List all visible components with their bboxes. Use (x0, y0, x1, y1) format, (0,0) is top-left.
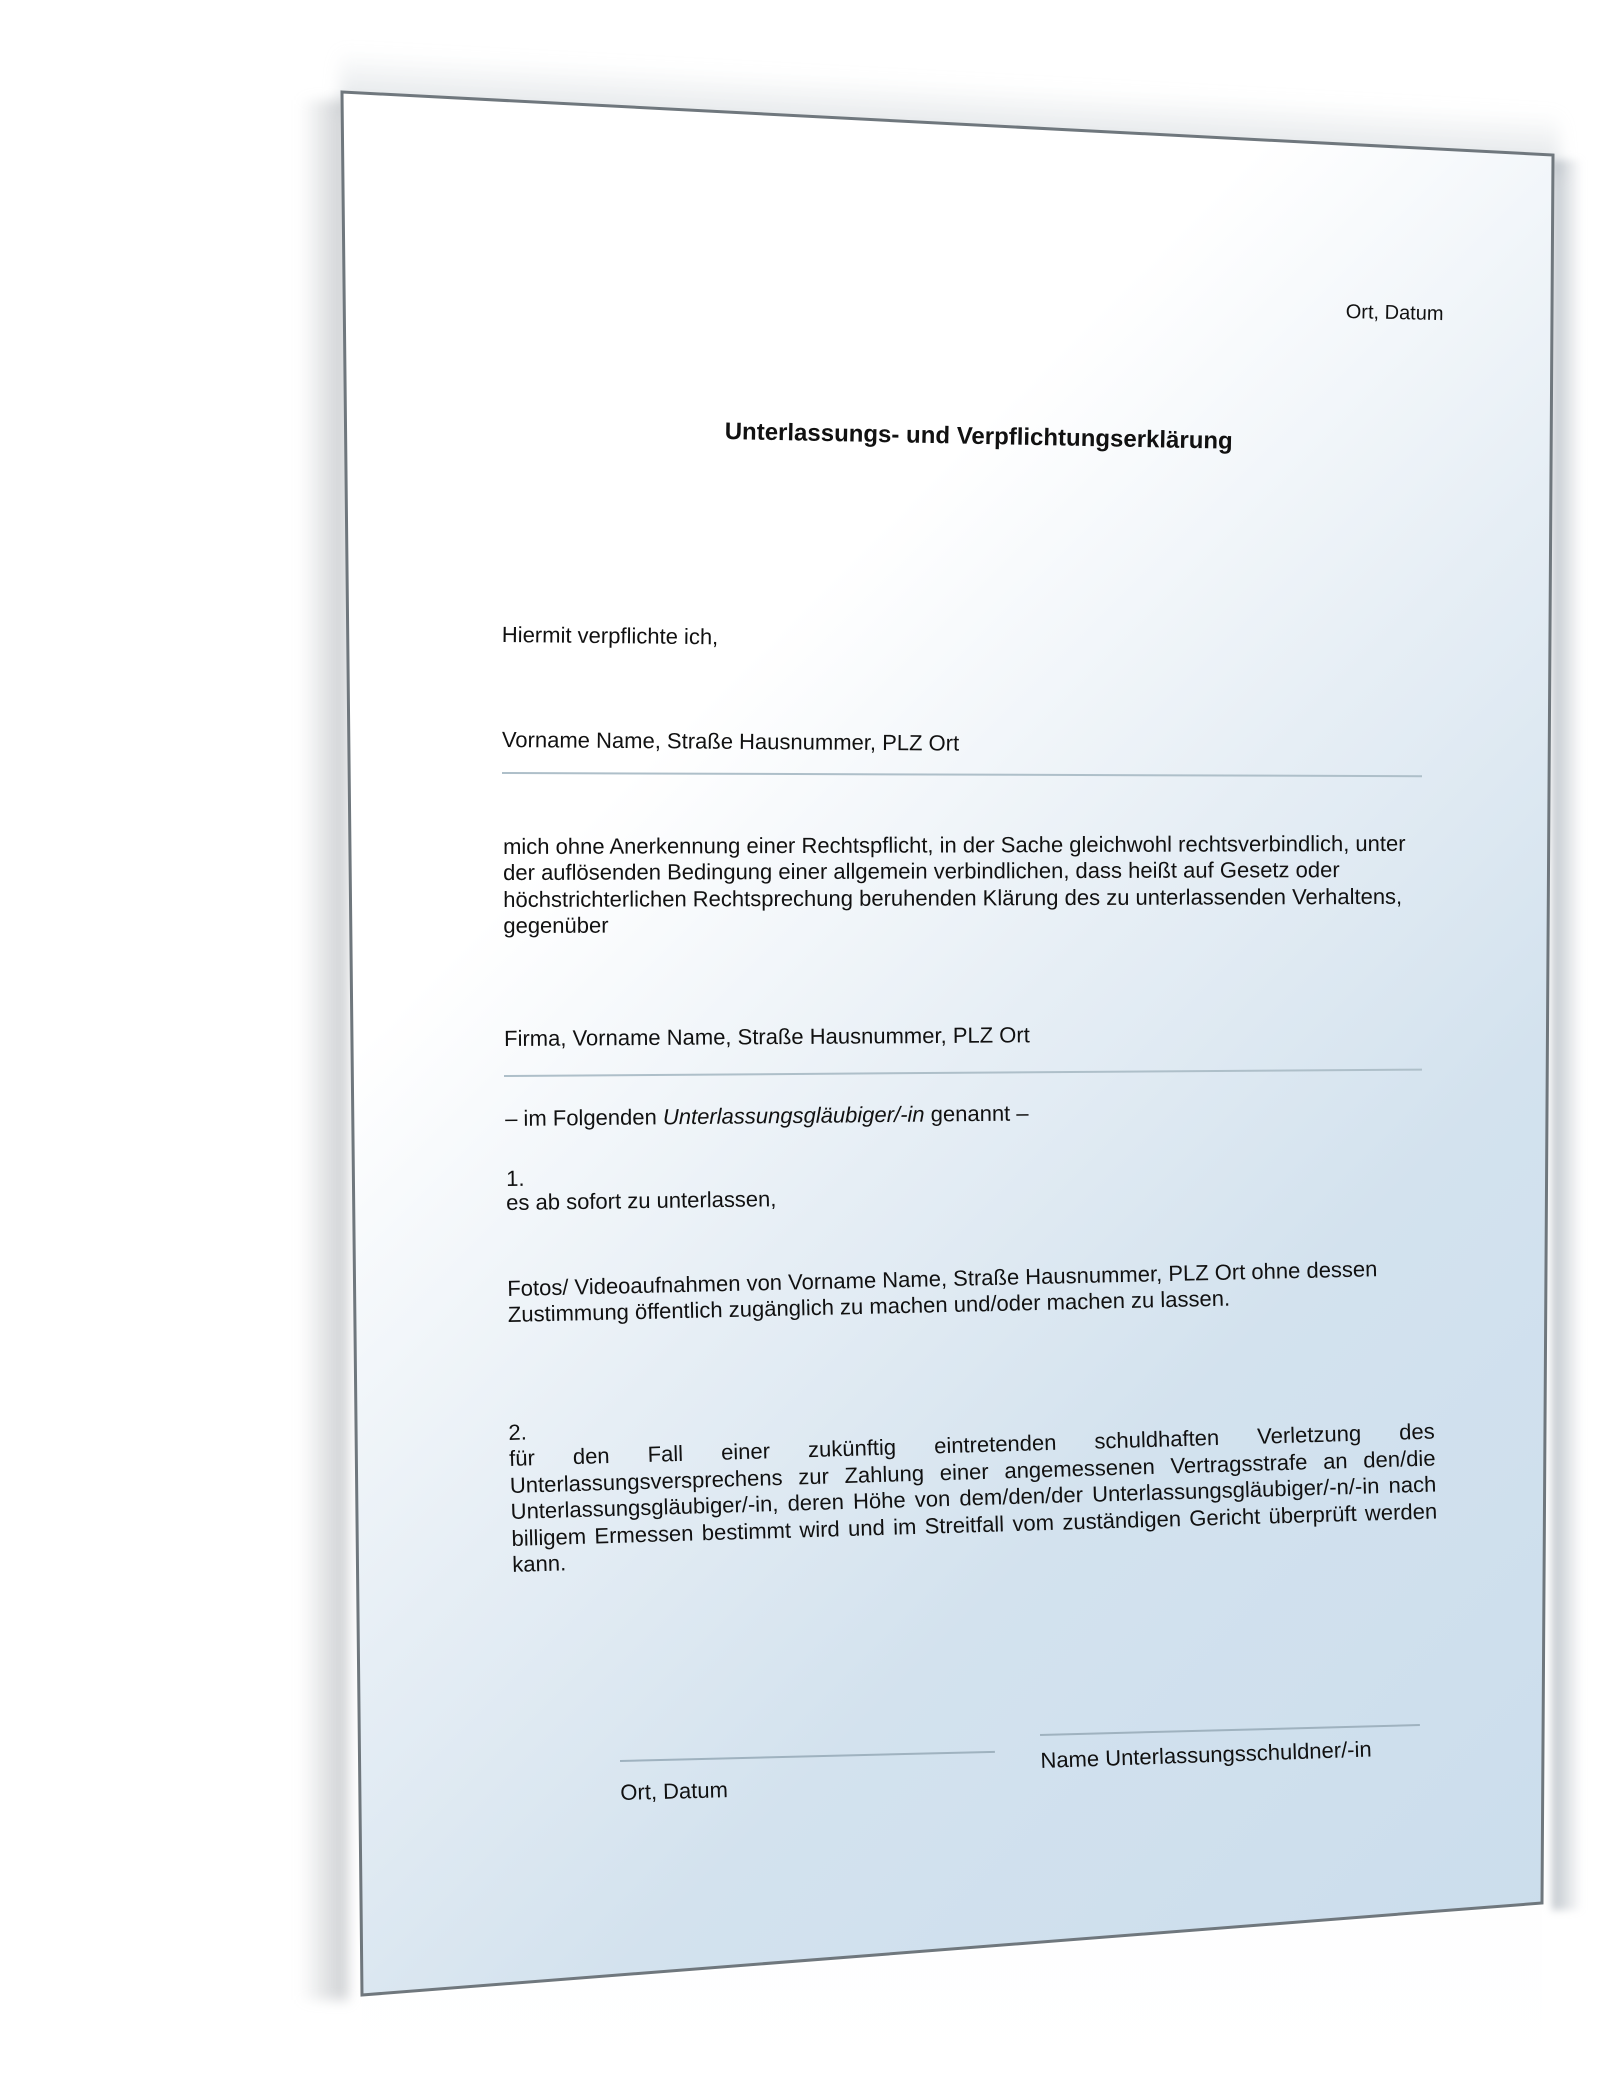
paragraph-line: der auflösenden Bedingung einer allgemei… (503, 857, 1406, 887)
word: den/die (1363, 1445, 1436, 1474)
word: Fall (647, 1441, 683, 1468)
word: Zahlung (844, 1460, 924, 1489)
creditor-note-suffix: genannt – (924, 1101, 1028, 1127)
word: zur (798, 1463, 829, 1490)
word: deren (787, 1489, 844, 1517)
word: schuldhaften (1094, 1425, 1219, 1455)
page-shadow-right (1552, 160, 1582, 1910)
date-line: Ort, Datum (1345, 300, 1443, 326)
word: überprüft (1268, 1500, 1357, 1529)
intro-text: Hiermit verpflichte ich, (502, 622, 719, 651)
creditor-note-prefix: – im Folgenden (505, 1104, 663, 1131)
word: billigem (511, 1523, 586, 1552)
page-shadow-left (300, 100, 348, 2000)
document-preview: Ort, Datum Unterlassungs- und Verpflicht… (0, 0, 1600, 2100)
word: für (509, 1446, 535, 1473)
obligation-paragraph: mich ohne Anerkennung einer Rechtspflich… (503, 831, 1406, 940)
word: werden (1365, 1498, 1438, 1527)
word: Ermessen (594, 1520, 694, 1549)
creditor-note-term: Unterlassungsgläubiger/-in (663, 1102, 925, 1130)
word: Vertragsstrafe (1170, 1449, 1308, 1479)
word: zuständigen (1062, 1506, 1181, 1536)
debtor-field[interactable]: Vorname Name, Straße Hausnummer, PLZ Ort (502, 727, 959, 757)
paragraph-line: gegenüber (503, 910, 1406, 940)
creditor-field[interactable]: Firma, Vorname Name, Straße Hausnummer, … (504, 1022, 1030, 1052)
paragraph-line: mich ohne Anerkennung einer Rechtspflich… (503, 831, 1406, 861)
signature-label-date: Ort, Datum (620, 1777, 728, 1806)
word: einer (939, 1459, 989, 1487)
clause-1-lead: es ab sofort zu unterlassen, (506, 1186, 777, 1216)
clause-2: 2. fürdenFalleinerzukünftigeintretendens… (508, 1393, 1438, 1579)
word: und (848, 1514, 885, 1541)
word: im (893, 1514, 917, 1541)
word: vom (1012, 1509, 1054, 1537)
paragraph-line: höchstrichterlichen Rechtsprechung beruh… (503, 884, 1406, 914)
word: dem/den/der (959, 1482, 1083, 1512)
word: von (914, 1486, 950, 1513)
word: des (1399, 1419, 1435, 1446)
word: den (573, 1443, 610, 1470)
word: einer (721, 1439, 771, 1467)
word: wird (799, 1516, 840, 1544)
clause-1-number: 1. (506, 1166, 525, 1193)
word: zukünftig (808, 1435, 897, 1464)
word: eintretenden (934, 1430, 1057, 1460)
word: Verletzung (1257, 1421, 1362, 1450)
word: Streitfall (924, 1511, 1004, 1540)
word: Höhe (853, 1487, 906, 1515)
word: bestimmt (701, 1517, 791, 1546)
word: nach (1388, 1472, 1436, 1500)
creditor-note: – im Folgenden Unterlassungsgläubiger/-i… (505, 1101, 1029, 1133)
word: an (1323, 1448, 1348, 1475)
word: Gericht (1189, 1503, 1261, 1531)
